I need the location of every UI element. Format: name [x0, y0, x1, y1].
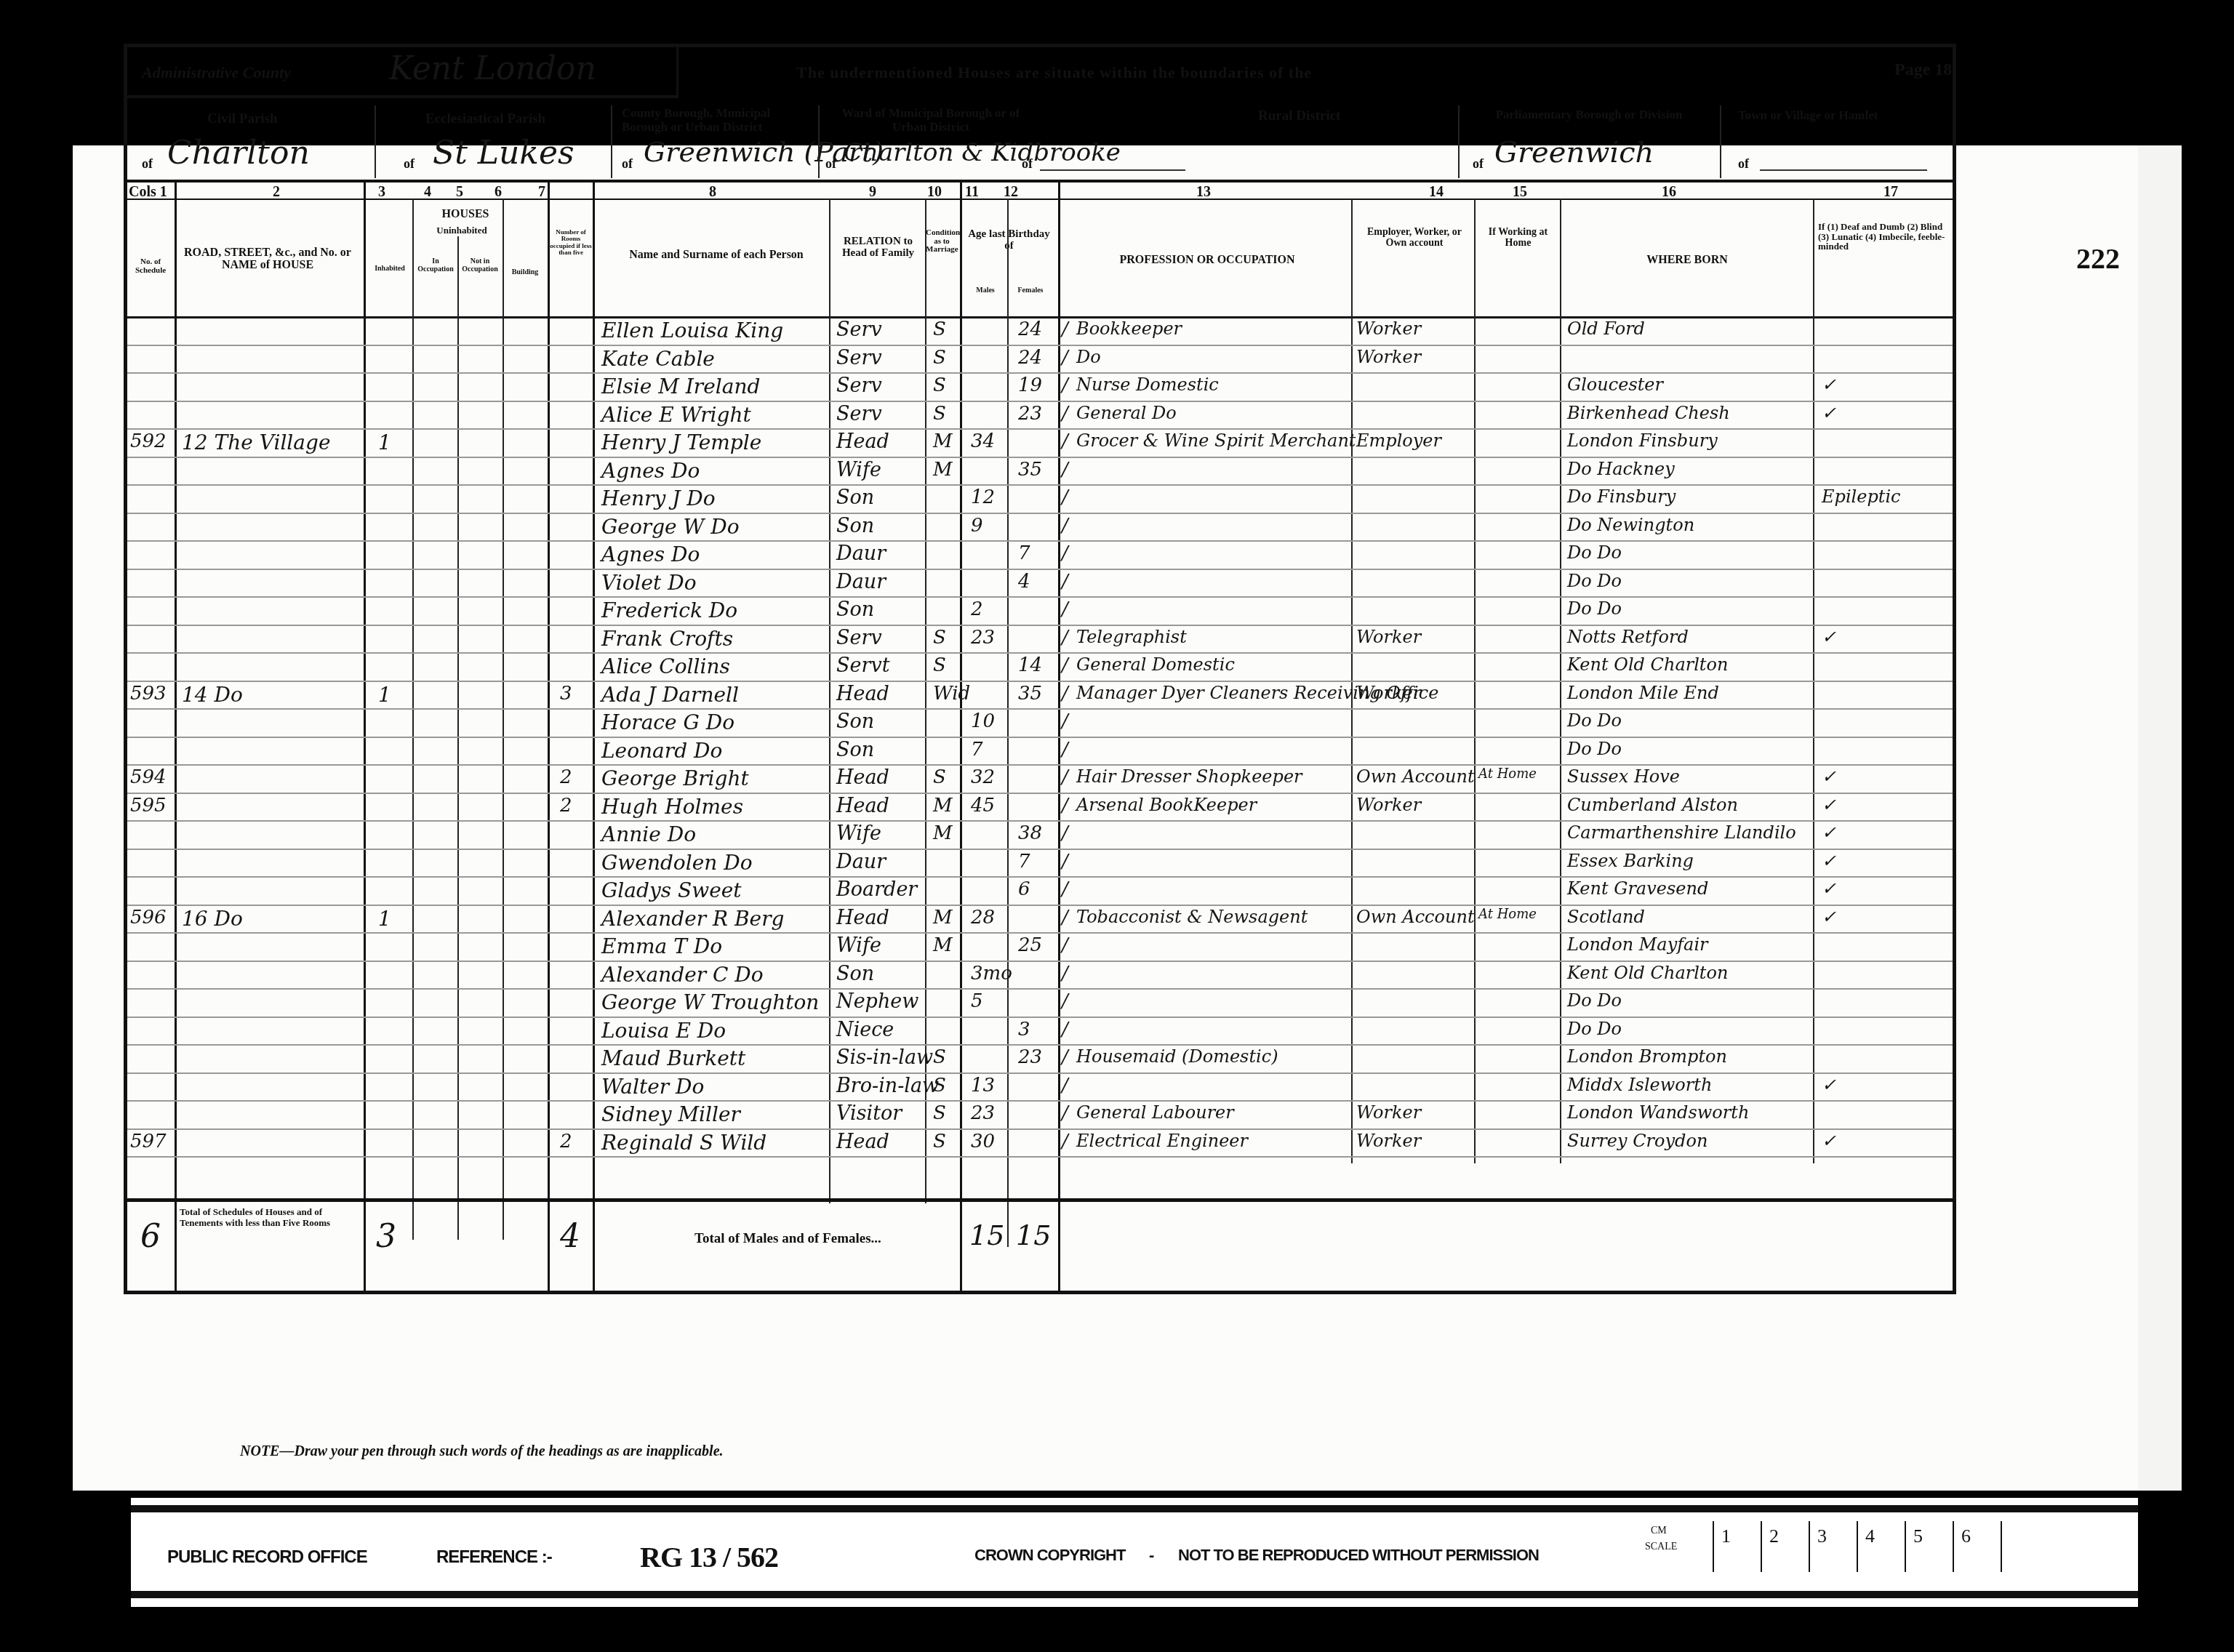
male-age: 45: [971, 795, 995, 817]
reference-value: RG 13 / 562: [640, 1540, 778, 1574]
male-age: 28: [971, 907, 995, 929]
working-at-home: At Home: [1478, 766, 1537, 782]
col-title-males: Males: [964, 287, 1007, 295]
relation: Head: [836, 683, 889, 705]
marital-condition: S: [933, 1046, 946, 1068]
person-name: George Bright: [601, 766, 749, 790]
tick-mark: /: [1062, 430, 1068, 452]
relation: Servt: [836, 654, 890, 677]
birthplace: Do Hackney: [1567, 459, 1675, 479]
row-rule: [127, 625, 1953, 626]
row-rule: [127, 484, 1953, 486]
uninhabited-label: Uninhabited: [415, 225, 509, 236]
relation: Head: [836, 430, 889, 453]
occupation: General Do: [1076, 403, 1177, 423]
table-row: /59212 The Village1Henry J TempleHeadM34…: [127, 430, 1953, 459]
infirmity: ✓: [1822, 627, 1836, 647]
row-rule: [127, 428, 1953, 430]
address: 16 Do: [182, 907, 243, 931]
rural-district-label: Rural District: [1258, 108, 1340, 124]
birthplace: Kent Gravesend: [1567, 878, 1708, 899]
parl-borough-label: Parliamentary Borough or Division: [1494, 108, 1683, 122]
female-age: 14: [1018, 654, 1042, 676]
civil-parish-label: Civil Parish: [207, 111, 278, 127]
row-rule: [127, 513, 1953, 514]
female-age: 24: [1018, 347, 1042, 369]
col-title-not-in-occupation: Not in Occupation: [459, 258, 501, 273]
tick-mark: /: [1062, 515, 1068, 537]
working-at-home: At Home: [1478, 907, 1537, 922]
permission-text: NOT TO BE REPRODUCED WITHOUT PERMISSION: [1178, 1546, 1539, 1565]
table-row: /Kate CableServS24DoWorker: [127, 347, 1953, 375]
person-name: Agnes Do: [601, 542, 700, 566]
relation: Serv: [836, 347, 882, 369]
birthplace: Old Ford: [1567, 318, 1645, 339]
person-name: Agnes Do: [601, 459, 700, 483]
tick-mark: /: [1062, 683, 1068, 705]
scale-mark: 3: [1809, 1521, 1857, 1572]
birthplace: Middx Isleworth: [1567, 1075, 1712, 1095]
col-title-address: ROAD, STREET, &c., and No. or NAME of HO…: [177, 247, 359, 272]
table-row: /Leonard DoSon7Do Do: [127, 739, 1953, 767]
relation: Wife: [836, 934, 881, 957]
header-rule: [127, 180, 1953, 183]
female-age: 4: [1018, 571, 1030, 593]
admin-county-label: Administrative County: [142, 63, 291, 82]
relation: Visitor: [836, 1102, 902, 1125]
occupation: Housemaid (Domestic): [1076, 1046, 1278, 1067]
infirmity: Epileptic: [1822, 486, 1901, 507]
row-rule: [127, 1044, 1953, 1046]
birthplace: Do Do: [1567, 571, 1622, 591]
table-row: /George W DoSon9Do Newington: [127, 515, 1953, 543]
male-age: 30: [971, 1131, 995, 1152]
birthplace: Do Do: [1567, 1019, 1622, 1039]
schedule-number: 592: [130, 430, 167, 452]
table-row: /Henry J DoSon12Do FinsburyEpileptic: [127, 486, 1953, 515]
marital-condition: S: [933, 654, 946, 676]
divider: [1720, 105, 1721, 178]
employment-status: Worker: [1356, 1131, 1421, 1151]
birthplace: Do Newington: [1567, 515, 1694, 535]
male-age: 32: [971, 766, 995, 788]
tick-mark: /: [1062, 934, 1068, 956]
page-label: Page 18: [1894, 60, 1952, 80]
table-row: /Ellen Louisa KingServS24BookkeeperWorke…: [127, 318, 1953, 347]
relation: Serv: [836, 374, 882, 397]
footer-rule: [131, 1591, 2138, 1598]
relation: Head: [836, 795, 889, 817]
male-age: 23: [971, 627, 995, 649]
birthplace: London Mayfair: [1567, 934, 1708, 955]
table-row: /5952Hugh HolmesHeadM45Arsenal BookKeepe…: [127, 795, 1953, 823]
relation: Son: [836, 739, 874, 761]
footer-rule: [131, 1505, 2138, 1512]
tick-mark: /: [1062, 1102, 1068, 1124]
relation: Son: [836, 515, 874, 537]
col-title-name: Name and Surname of each Person: [607, 249, 825, 262]
row-rule: [127, 345, 1953, 346]
table-row: /Violet DoDaur4Do Do: [127, 571, 1953, 599]
row-rule: [127, 540, 1953, 542]
birthplace: Do Do: [1567, 990, 1622, 1011]
col-title-rooms: Number of Rooms occupied if less than fi…: [549, 229, 593, 257]
male-age: 34: [971, 430, 995, 452]
marital-condition: S: [933, 374, 946, 396]
rooms-count: 2: [560, 766, 572, 788]
row-rule: [127, 372, 1953, 374]
person-name: Frank Crofts: [601, 627, 733, 651]
occupation: Do: [1076, 347, 1101, 367]
row-rule: [127, 820, 1953, 822]
occupation: Grocer & Wine Spirit Merchant: [1076, 430, 1356, 451]
inhabited-total: 3: [376, 1218, 396, 1255]
col-title-occupation: PROFESSION OR OCCUPATION: [1065, 254, 1349, 267]
col-title-relation: RELATION to Head of Family: [833, 236, 924, 260]
scale-mark: 1: [1713, 1521, 1761, 1572]
tick-mark: /: [1062, 963, 1068, 985]
schedules-total: 6: [140, 1218, 161, 1255]
male-age: 12: [971, 486, 995, 508]
col-title-infirmity: If (1) Deaf and Dumb (2) Blind (3) Lunat…: [1818, 222, 1949, 252]
schedule-number: 595: [130, 795, 167, 817]
person-name: Henry J Do: [601, 486, 716, 510]
table-row: /5942George BrightHeadS32Hair Dresser Sh…: [127, 766, 1953, 795]
person-name: Alice E Wright: [601, 403, 751, 427]
tick-mark: /: [1062, 318, 1068, 340]
tick-mark: /: [1062, 1075, 1068, 1096]
county-borough-label: County Borough, Municipal Borough or Urb…: [622, 107, 804, 134]
reference-label: REFERENCE :-: [436, 1547, 552, 1568]
divider: [375, 105, 376, 178]
schedule-number: 593: [130, 683, 167, 705]
person-name: George W Troughton: [601, 990, 819, 1014]
occupation: Hair Dresser Shopkeeper: [1076, 766, 1302, 787]
person-name: Horace G Do: [601, 710, 734, 734]
schedule-number: 596: [130, 907, 167, 929]
occupation: Bookkeeper: [1076, 318, 1182, 339]
relation: Son: [836, 598, 874, 621]
tick-mark: /: [1062, 878, 1068, 900]
town-label: Town or Village or Hamlet: [1738, 108, 1878, 123]
tick-mark: /: [1062, 907, 1068, 929]
birthplace: Cumberland Alston: [1567, 795, 1738, 815]
row-rule: [127, 1072, 1953, 1074]
relation: Daur: [836, 542, 886, 565]
occupation: Telegraphist: [1076, 627, 1187, 647]
tick-mark: /: [1062, 851, 1068, 873]
birthplace: Sussex Hove: [1567, 766, 1680, 787]
col-title-in-occupation: In Occupation: [415, 258, 456, 273]
tick-mark: /: [1062, 990, 1068, 1012]
relation: Son: [836, 486, 874, 509]
birthplace: Do Do: [1567, 739, 1622, 759]
female-age: 25: [1018, 934, 1042, 956]
person-name: Alexander C Do: [601, 963, 764, 987]
col-title-employment: Employer, Worker, or Own account: [1356, 228, 1473, 249]
relation: Head: [836, 1131, 889, 1153]
tick-mark: /: [1062, 459, 1068, 481]
person-name: George W Do: [601, 515, 740, 539]
rooms-count: 2: [560, 795, 572, 817]
birthplace: London Mile End: [1567, 683, 1719, 703]
birthplace: Do Do: [1567, 710, 1622, 731]
male-age: 2: [971, 598, 983, 620]
scale-label-cm: CM: [1651, 1525, 1667, 1537]
table-row: /Sidney MillerVisitorS23General Labourer…: [127, 1102, 1953, 1131]
tick-mark: /: [1062, 627, 1068, 649]
relation: Son: [836, 710, 874, 733]
row-rule: [127, 1017, 1953, 1018]
relation: Boarder: [836, 878, 917, 901]
divider: [676, 47, 678, 95]
person-name: Gladys Sweet: [601, 878, 742, 902]
person-name: Reginald S Wild: [601, 1131, 766, 1155]
person-name: Emma T Do: [601, 934, 722, 958]
table-row: /Alexander C DoSon3moKent Old Charlton: [127, 963, 1953, 991]
occupation: Nurse Domestic: [1076, 374, 1219, 395]
birthplace: Do Do: [1567, 542, 1622, 563]
infirmity: ✓: [1822, 1075, 1836, 1095]
of-label: of: [1473, 156, 1484, 172]
row-rule: [127, 596, 1953, 598]
archive-footer: PUBLIC RECORD OFFICE REFERENCE :- RG 13 …: [131, 1498, 2138, 1607]
relation: Serv: [836, 627, 882, 649]
colnum-rule: [127, 199, 1953, 200]
marital-condition: S: [933, 347, 946, 369]
col-title-inhabited: Inhabited: [369, 265, 411, 273]
admin-county-value: Kent London: [389, 50, 596, 87]
copyright-text: CROWN COPYRIGHT: [974, 1546, 1125, 1565]
row-rule: [127, 793, 1953, 794]
ward-value: Charlton & Kidbrooke: [844, 138, 1121, 167]
tick-mark: /: [1062, 347, 1068, 369]
birthplace: London Wandsworth: [1567, 1102, 1749, 1123]
male-age: 10: [971, 710, 995, 732]
employment-status: Employer: [1356, 430, 1441, 451]
birthplace: Kent Old Charlton: [1567, 654, 1728, 675]
row-rule: [127, 988, 1953, 990]
table-row: /Elsie M IrelandServS19Nurse DomesticGlo…: [127, 374, 1953, 403]
person-name: Frederick Do: [601, 598, 737, 622]
table-row: /Agnes DoDaur7Do Do: [127, 542, 1953, 571]
row-rule: [127, 932, 1953, 934]
table-row: /5972Reginald S WildHeadS30Electrical En…: [127, 1131, 1953, 1159]
row-rule: [127, 961, 1953, 962]
birthplace: Do Finsbury: [1567, 486, 1675, 507]
birthplace: Essex Barking: [1567, 851, 1694, 871]
tick-mark: /: [1062, 766, 1068, 788]
tick-mark: /: [1062, 571, 1068, 593]
infirmity: ✓: [1822, 795, 1836, 815]
employment-status: Worker: [1356, 347, 1421, 367]
address: 12 The Village: [182, 430, 331, 454]
col-title-females: Females: [1009, 287, 1052, 295]
person-name: Violet Do: [601, 571, 697, 595]
males-females-total-label: Total of Males and of Females...: [694, 1231, 881, 1247]
employment-status: Worker: [1356, 795, 1421, 815]
row-rule: [127, 764, 1953, 766]
col-title-at-home: If Working at Home: [1476, 228, 1560, 249]
person-name: Kate Cable: [601, 347, 715, 371]
tick-mark: /: [1062, 486, 1068, 508]
row-rule: [127, 708, 1953, 710]
civil-parish-value: Charlton: [167, 135, 310, 172]
male-age: 23: [971, 1102, 995, 1124]
table-row: /59616 Do1Alexander R BergHeadM28Tobacco…: [127, 907, 1953, 935]
table-row: /Frank CroftsServS23TelegraphistWorkerNo…: [127, 627, 1953, 655]
row-rule: [127, 569, 1953, 570]
person-name: Ada J Darnell: [601, 683, 739, 707]
person-name: Leonard Do: [601, 739, 722, 763]
of-label: of: [622, 156, 633, 172]
relation: Wife: [836, 822, 881, 845]
row-rule: [127, 737, 1953, 738]
town-field: [1760, 169, 1927, 171]
relation: Head: [836, 907, 889, 929]
marital-condition: S: [933, 318, 946, 340]
employment-status: Worker: [1356, 1102, 1421, 1123]
row-rule: [127, 652, 1953, 654]
table-row: /59314 Do13Ada J DarnellHeadWid35Manager…: [127, 683, 1953, 711]
person-name: Alice Collins: [601, 654, 730, 678]
table-row: /Horace G DoSon10Do Do: [127, 710, 1953, 739]
male-age: 13: [971, 1075, 995, 1096]
female-age: 38: [1018, 822, 1042, 844]
person-name: Sidney Miller: [601, 1102, 740, 1126]
boundaries-text: The undermentioned Houses are situate wi…: [796, 63, 1312, 82]
employment-status: Worker: [1356, 683, 1421, 703]
relation: Son: [836, 963, 874, 985]
scale-label-scale: SCALE: [1645, 1541, 1677, 1553]
relation: Serv: [836, 318, 882, 341]
totals-rule: [127, 1198, 1953, 1202]
marital-condition: M: [933, 795, 953, 817]
relation: Serv: [836, 403, 882, 425]
of-label: of: [825, 156, 836, 172]
rooms-total: 4: [560, 1218, 580, 1255]
marital-condition: M: [933, 934, 953, 956]
of-label: of: [404, 156, 415, 172]
row-rule: [127, 1156, 1953, 1158]
scale-mark: 4: [1857, 1521, 1905, 1572]
person-name: Hugh Holmes: [601, 795, 743, 819]
marital-condition: S: [933, 766, 946, 788]
marital-condition: S: [933, 627, 946, 649]
birthplace: Kent Old Charlton: [1567, 963, 1728, 983]
tick-mark: /: [1062, 795, 1068, 817]
tick-mark: /: [1062, 598, 1068, 620]
employment-status: Worker: [1356, 318, 1421, 339]
infirmity: ✓: [1822, 907, 1836, 927]
infirmity: ✓: [1822, 822, 1836, 843]
inhabited-count: 1: [378, 683, 391, 707]
relation: Daur: [836, 851, 886, 873]
divider: [127, 95, 678, 98]
table-row: /Walter DoBro-in-lawS13Middx Isleworth✓: [127, 1075, 1953, 1103]
table-row: /Agnes DoWifeM35Do Hackney: [127, 459, 1953, 487]
parl-borough-value: Greenwich: [1494, 136, 1654, 169]
relation: Bro-in-law: [836, 1075, 939, 1097]
birthplace: Gloucester: [1567, 374, 1663, 395]
of-label: of: [1022, 156, 1033, 172]
person-name: Gwendolen Do: [601, 851, 752, 875]
table-row: /George W TroughtonNephew5Do Do: [127, 990, 1953, 1019]
table-row: /Emma T DoWifeM25London Mayfair: [127, 934, 1953, 963]
row-rule: [127, 457, 1953, 458]
female-age: 24: [1018, 318, 1042, 340]
scale-mark: 2: [1761, 1521, 1809, 1572]
employment-status: Own Account: [1356, 766, 1475, 787]
tick-mark: /: [1062, 542, 1068, 564]
birthplace: London Brompton: [1567, 1046, 1727, 1067]
row-rule: [127, 876, 1953, 878]
infirmity: ✓: [1822, 878, 1836, 899]
rooms-count: 2: [560, 1131, 572, 1152]
tick-mark: /: [1062, 739, 1068, 761]
table-row: /Maud BurkettSis-in-lawS23Housemaid (Dom…: [127, 1046, 1953, 1075]
female-age: 19: [1018, 374, 1042, 396]
female-age: 35: [1018, 683, 1042, 705]
female-age: 35: [1018, 459, 1042, 481]
female-age: 23: [1018, 1046, 1042, 1068]
relation: Sis-in-law: [836, 1046, 933, 1069]
col-title-where-born: WHERE BORN: [1564, 254, 1811, 267]
marital-condition: M: [933, 907, 953, 929]
female-age: 7: [1018, 542, 1030, 564]
age-group-label: Age last Birthday of: [964, 229, 1054, 252]
birthplace: Birkenhead Chesh: [1567, 403, 1730, 423]
scale-end: [2001, 1521, 2049, 1572]
record-office: PUBLIC RECORD OFFICE: [167, 1547, 367, 1568]
eccl-parish-label: Ecclesiastical Parish: [425, 111, 545, 127]
folio-number: 222: [2076, 241, 2120, 276]
divider: [611, 105, 612, 178]
marital-condition: Wid: [933, 683, 970, 705]
person-name: Maud Burkett: [601, 1046, 745, 1070]
row-rule: [127, 681, 1953, 682]
infirmity: ✓: [1822, 403, 1836, 423]
marital-condition: M: [933, 430, 953, 452]
row-rule: [127, 1128, 1953, 1130]
schedule-rows: /Ellen Louisa KingServS24BookkeeperWorke…: [127, 318, 1953, 1191]
of-label: of: [1738, 156, 1749, 172]
occupation: Electrical Engineer: [1076, 1131, 1248, 1151]
inhabited-count: 1: [378, 907, 391, 931]
tick-mark: /: [1062, 654, 1068, 676]
person-name: Ellen Louisa King: [601, 318, 783, 342]
birthplace: Carmarthenshire Llandilo: [1567, 822, 1796, 843]
table-row: /Gwendolen DoDaur7Essex Barking✓: [127, 851, 1953, 879]
of-label: of: [142, 156, 153, 172]
ward-label: Ward of Municipal Borough or of Urban Di…: [840, 107, 1022, 134]
infirmity: ✓: [1822, 851, 1836, 871]
birthplace: Surrey Croydon: [1567, 1131, 1707, 1151]
males-total: 15: [969, 1219, 1004, 1251]
male-age: 3mo: [971, 963, 1012, 985]
relation: Nephew: [836, 990, 918, 1013]
rooms-count: 3: [560, 683, 572, 705]
row-rule: [127, 401, 1953, 402]
tick-mark: /: [1062, 710, 1068, 732]
inhabited-count: 1: [378, 430, 391, 454]
marital-condition: M: [933, 822, 953, 844]
tick-mark: /: [1062, 1131, 1068, 1152]
divider: [818, 105, 820, 178]
col-title-building: Building: [504, 269, 546, 277]
scale-mark: 6: [1953, 1521, 2001, 1572]
birthplace: Do Do: [1567, 598, 1622, 619]
